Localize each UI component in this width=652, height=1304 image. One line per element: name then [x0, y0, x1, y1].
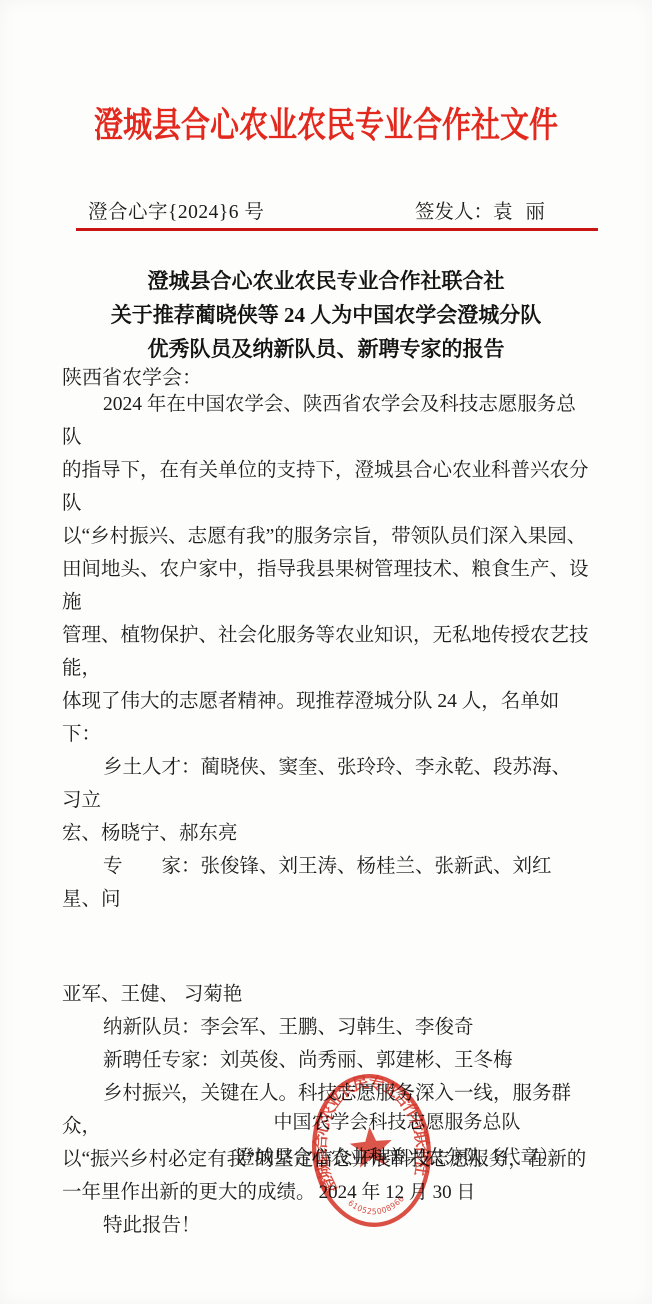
title-line-2: 关于推荐蔺晓侠等 24 人为中国农学会澄城分队 — [30, 298, 622, 332]
body-line: 管理、植物保护、社会化服务等农业知识，无私地传授农艺技能， — [62, 619, 589, 685]
issuer-name: 袁 丽 — [493, 202, 549, 223]
official-seal: 澄城县合心农业农民专业合作社联合社 610525008966 — [303, 1067, 439, 1234]
title-line-1: 澄城县合心农业农民专业合作社联合社 — [30, 264, 622, 298]
recipient-line: 陕西省农学会： — [62, 361, 202, 390]
doc-number: 澄合心字{2024}6 号 — [88, 196, 264, 224]
body-line: 2024 年在中国农学会、陕西省农学会及科技志愿服务总队 — [62, 388, 589, 454]
body-line: 宏、杨晓宁、郝东亮 — [62, 817, 589, 850]
body-line: 的指导下，在有关单位的支持下，澄城县合心农业科普兴农分队 — [62, 454, 589, 520]
body-line: 亚军、王健、 习菊艳 — [62, 978, 589, 1011]
red-header-title: 澄城县合心农业农民专业合作社文件 — [0, 98, 652, 148]
document-title: 澄城县合心农业农民专业合作社联合社 关于推荐蔺晓侠等 24 人为中国农学会澄城分… — [30, 264, 622, 366]
issuer: 签发人：袁 丽 — [415, 196, 549, 224]
body-line: 专 家：张俊锋、刘王涛、杨桂兰、张新武、刘红星、问 — [62, 850, 589, 916]
body-line: 乡土人才：蔺晓侠、窦奎、张玲玲、李永乾、段苏海、习立 — [62, 751, 589, 817]
body-line: 纳新队员：李会军、王鹏、习韩生、李俊奇 — [62, 1011, 589, 1044]
document-page: 澄城县合心农业农民专业合作社文件 澄合心字{2024}6 号 签发人：袁 丽 澄… — [0, 0, 652, 1304]
body-line: 以“乡村振兴、志愿有我”的服务宗旨，带领队员们深入果园、 — [62, 520, 589, 553]
red-divider — [76, 228, 598, 231]
issuer-label: 签发人： — [415, 202, 493, 223]
body-line: 田间地头、农户家中，指导我县果树管理技术、粮食生产、设施 — [62, 553, 589, 619]
body-line: 新聘任专家：刘英俊、尚秀丽、郭建彬、王冬梅 — [62, 1044, 589, 1077]
body-line: 体现了伟大的志愿者精神。现推荐澄城分队 24 人，名单如下： — [62, 685, 589, 751]
svg-text:610525008966: 610525008966 — [346, 1193, 408, 1219]
seal-star-icon — [348, 1125, 393, 1169]
seal-code: 610525008966 — [346, 1193, 408, 1219]
